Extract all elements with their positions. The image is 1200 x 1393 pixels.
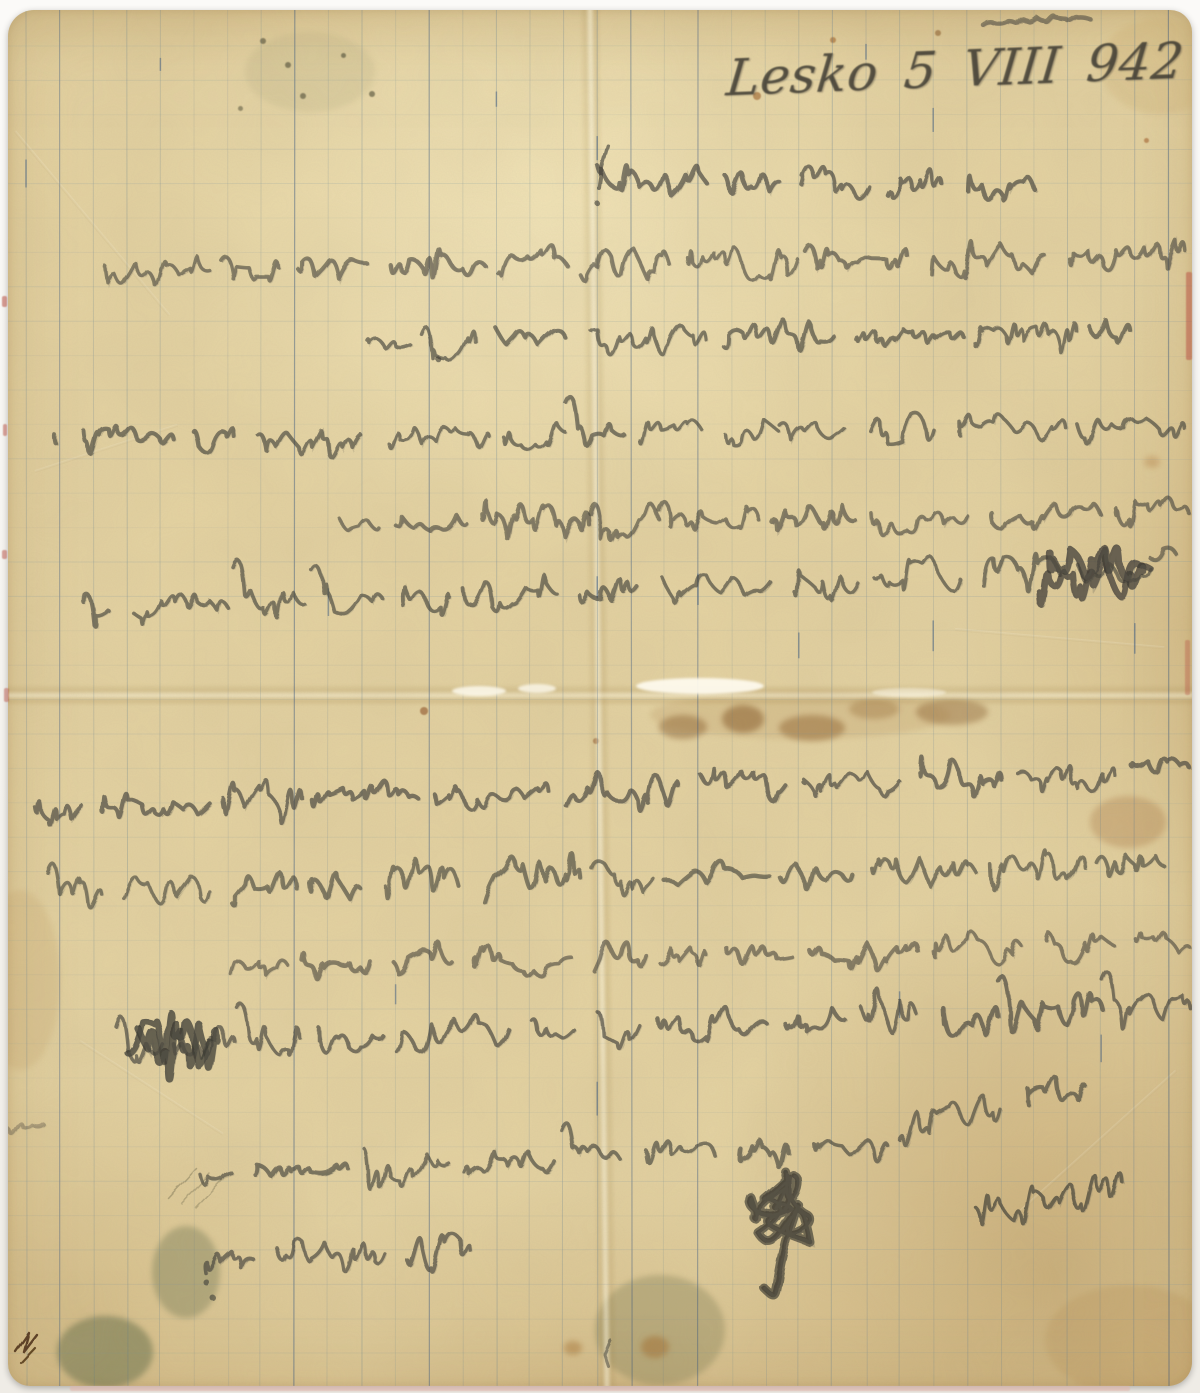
stain-layer: [8, 10, 1192, 1386]
crease-layer: [8, 10, 1192, 1386]
red-edge-left-1: [2, 296, 7, 307]
paper-speck: [238, 106, 243, 111]
rust-stain-right: [1090, 796, 1166, 848]
paper-speck: [300, 93, 306, 99]
pink-edge-bottom: [70, 1386, 1130, 1391]
horizontal-fold-crease: [8, 684, 1192, 706]
paper-speck: [420, 707, 428, 715]
fold-stain-3: [779, 715, 845, 741]
fingerprint-stain-green-2: [57, 1316, 153, 1386]
top-left-wash: [245, 32, 375, 112]
letter-paper: [8, 10, 1192, 1386]
paper-speck: [935, 30, 941, 36]
paper-speck: [285, 62, 291, 68]
diagonal-crease: [14, 131, 171, 317]
left-mid-wash: [8, 890, 60, 1070]
corner-bottom-right-wash: [1045, 1285, 1192, 1386]
olive-smudge-bottom: [595, 1275, 725, 1385]
diagonal-crease: [955, 628, 1164, 649]
paper-speck: [1144, 138, 1149, 143]
fold-stain-4: [849, 699, 899, 719]
fold-stain-1: [659, 715, 707, 739]
paper-speck: [593, 738, 599, 744]
fold-stain-5: [916, 699, 988, 725]
vertical-fold-crease: [579, 10, 618, 1386]
paper-speck: [830, 37, 836, 43]
red-edge-left-3: [2, 550, 7, 559]
diagonal-crease: [1019, 1070, 1177, 1213]
rust-speck-right: [1144, 456, 1160, 468]
orange-spot-1: [641, 1336, 669, 1358]
diagonal-crease: [35, 424, 179, 473]
paper-speck: [260, 38, 266, 44]
fold-stain-2: [722, 705, 764, 733]
scanned-letter-photo: Lesko 5 VIII 942: [0, 0, 1200, 1393]
fold-stain-diffuse: [650, 691, 950, 739]
paper-speck: [369, 91, 375, 97]
paper-speck: [341, 53, 346, 58]
orange-spot-2: [564, 1341, 582, 1355]
red-edge-left-2: [3, 424, 7, 436]
diagonal-crease: [79, 1040, 223, 1135]
fingerprint-stain-green-1: [152, 1226, 220, 1318]
